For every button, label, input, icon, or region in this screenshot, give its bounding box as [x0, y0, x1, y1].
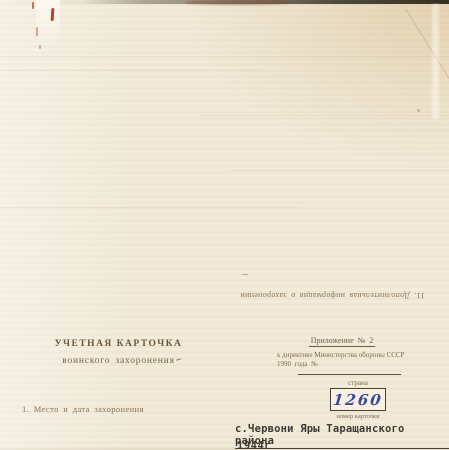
country-label: страна — [330, 379, 386, 387]
stray-mark — [242, 274, 248, 275]
red-ink-stain — [39, 45, 41, 49]
annex-directive-line1: к директиве Министерства обороны СССР — [277, 351, 422, 359]
card-subtitle: воинского захоронения — [40, 356, 197, 366]
paper-edge-highlight — [432, 4, 439, 119]
annex-directive-line2: 1990 года № — [277, 360, 422, 368]
rotated-section-11-label: 11. Дополнительная информация о захороне… — [227, 291, 438, 300]
red-ink-stain — [36, 27, 38, 36]
paper-speck — [417, 109, 420, 112]
separator-line — [298, 374, 401, 375]
corner-fold-crease — [406, 9, 449, 82]
card-number-label: номер карточки — [322, 413, 394, 420]
card-number-value: 1260 — [332, 391, 384, 409]
red-ink-stain — [32, 2, 34, 9]
section-1-label: 1. Место и дата захоронения — [22, 404, 144, 414]
paper-crease — [200, 115, 449, 116]
paper-crease — [230, 170, 449, 171]
annex-heading-text: Приложение № 2 — [309, 336, 376, 347]
paper-crease — [0, 70, 260, 71]
card-title: УЧЕТНАЯ КАРТОЧКА — [40, 339, 197, 349]
annex-heading: Приложение № 2 — [277, 336, 407, 345]
card-number-box: 1260 — [330, 388, 386, 411]
paper-crease — [0, 56, 449, 57]
brown-smudge-stain — [185, 0, 290, 5]
paper-crease — [0, 207, 300, 208]
burial-year-value: 1944г — [237, 440, 271, 450]
scanned-burial-card: 11. Дополнительная информация о захороне… — [0, 0, 449, 450]
